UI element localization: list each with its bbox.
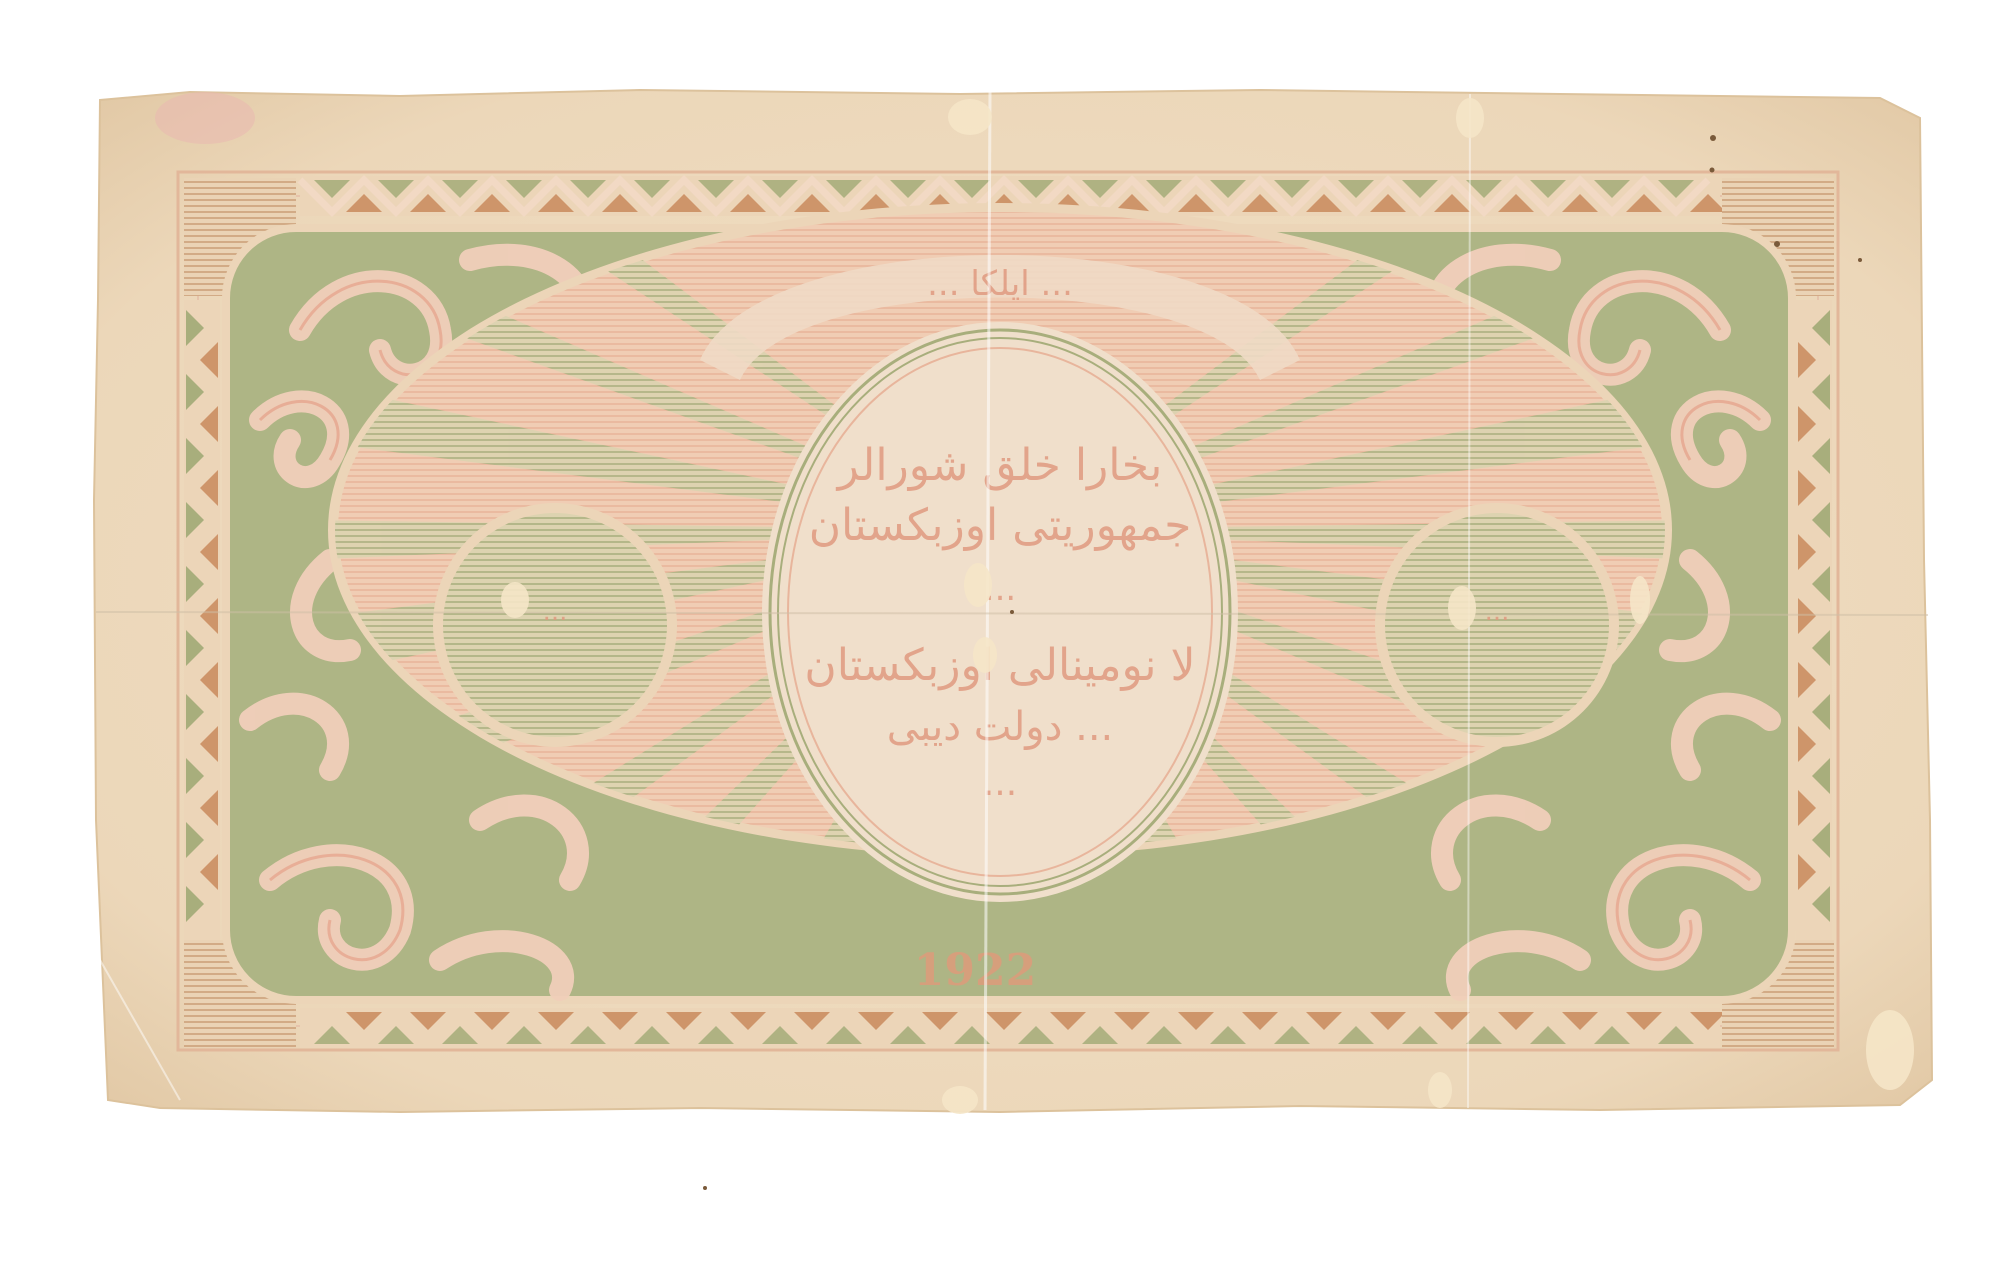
border-triangles-right bbox=[1796, 300, 1832, 940]
border-triangles-left bbox=[184, 300, 220, 940]
pink-stain bbox=[155, 92, 255, 144]
medallion-right: ... bbox=[1375, 503, 1619, 747]
medallion-left: ... bbox=[433, 503, 677, 747]
svg-text:...: ... bbox=[1485, 597, 1510, 627]
svg-text:بخارا خلق شورالر: بخارا خلق شورالر bbox=[836, 440, 1163, 491]
svg-text:لا نومینالی اوزبکستان: لا نومینالی اوزبکستان bbox=[804, 640, 1195, 691]
banknote-scene: ... ... ... ایلکا ... بخارا خلق شورالر ج… bbox=[0, 0, 2000, 1267]
border-triangles-bottom bbox=[300, 1008, 1726, 1048]
date-label: 1922 bbox=[914, 945, 1036, 996]
arch-text: ... ایلکا ... bbox=[927, 264, 1073, 304]
svg-text:دولت دیبی ...: دولت دیبی ... bbox=[887, 704, 1114, 750]
central-circle-outer bbox=[762, 322, 1238, 902]
svg-text:جمهوریتی اوزبکستان: جمهوریتی اوزبکستان bbox=[809, 500, 1192, 551]
